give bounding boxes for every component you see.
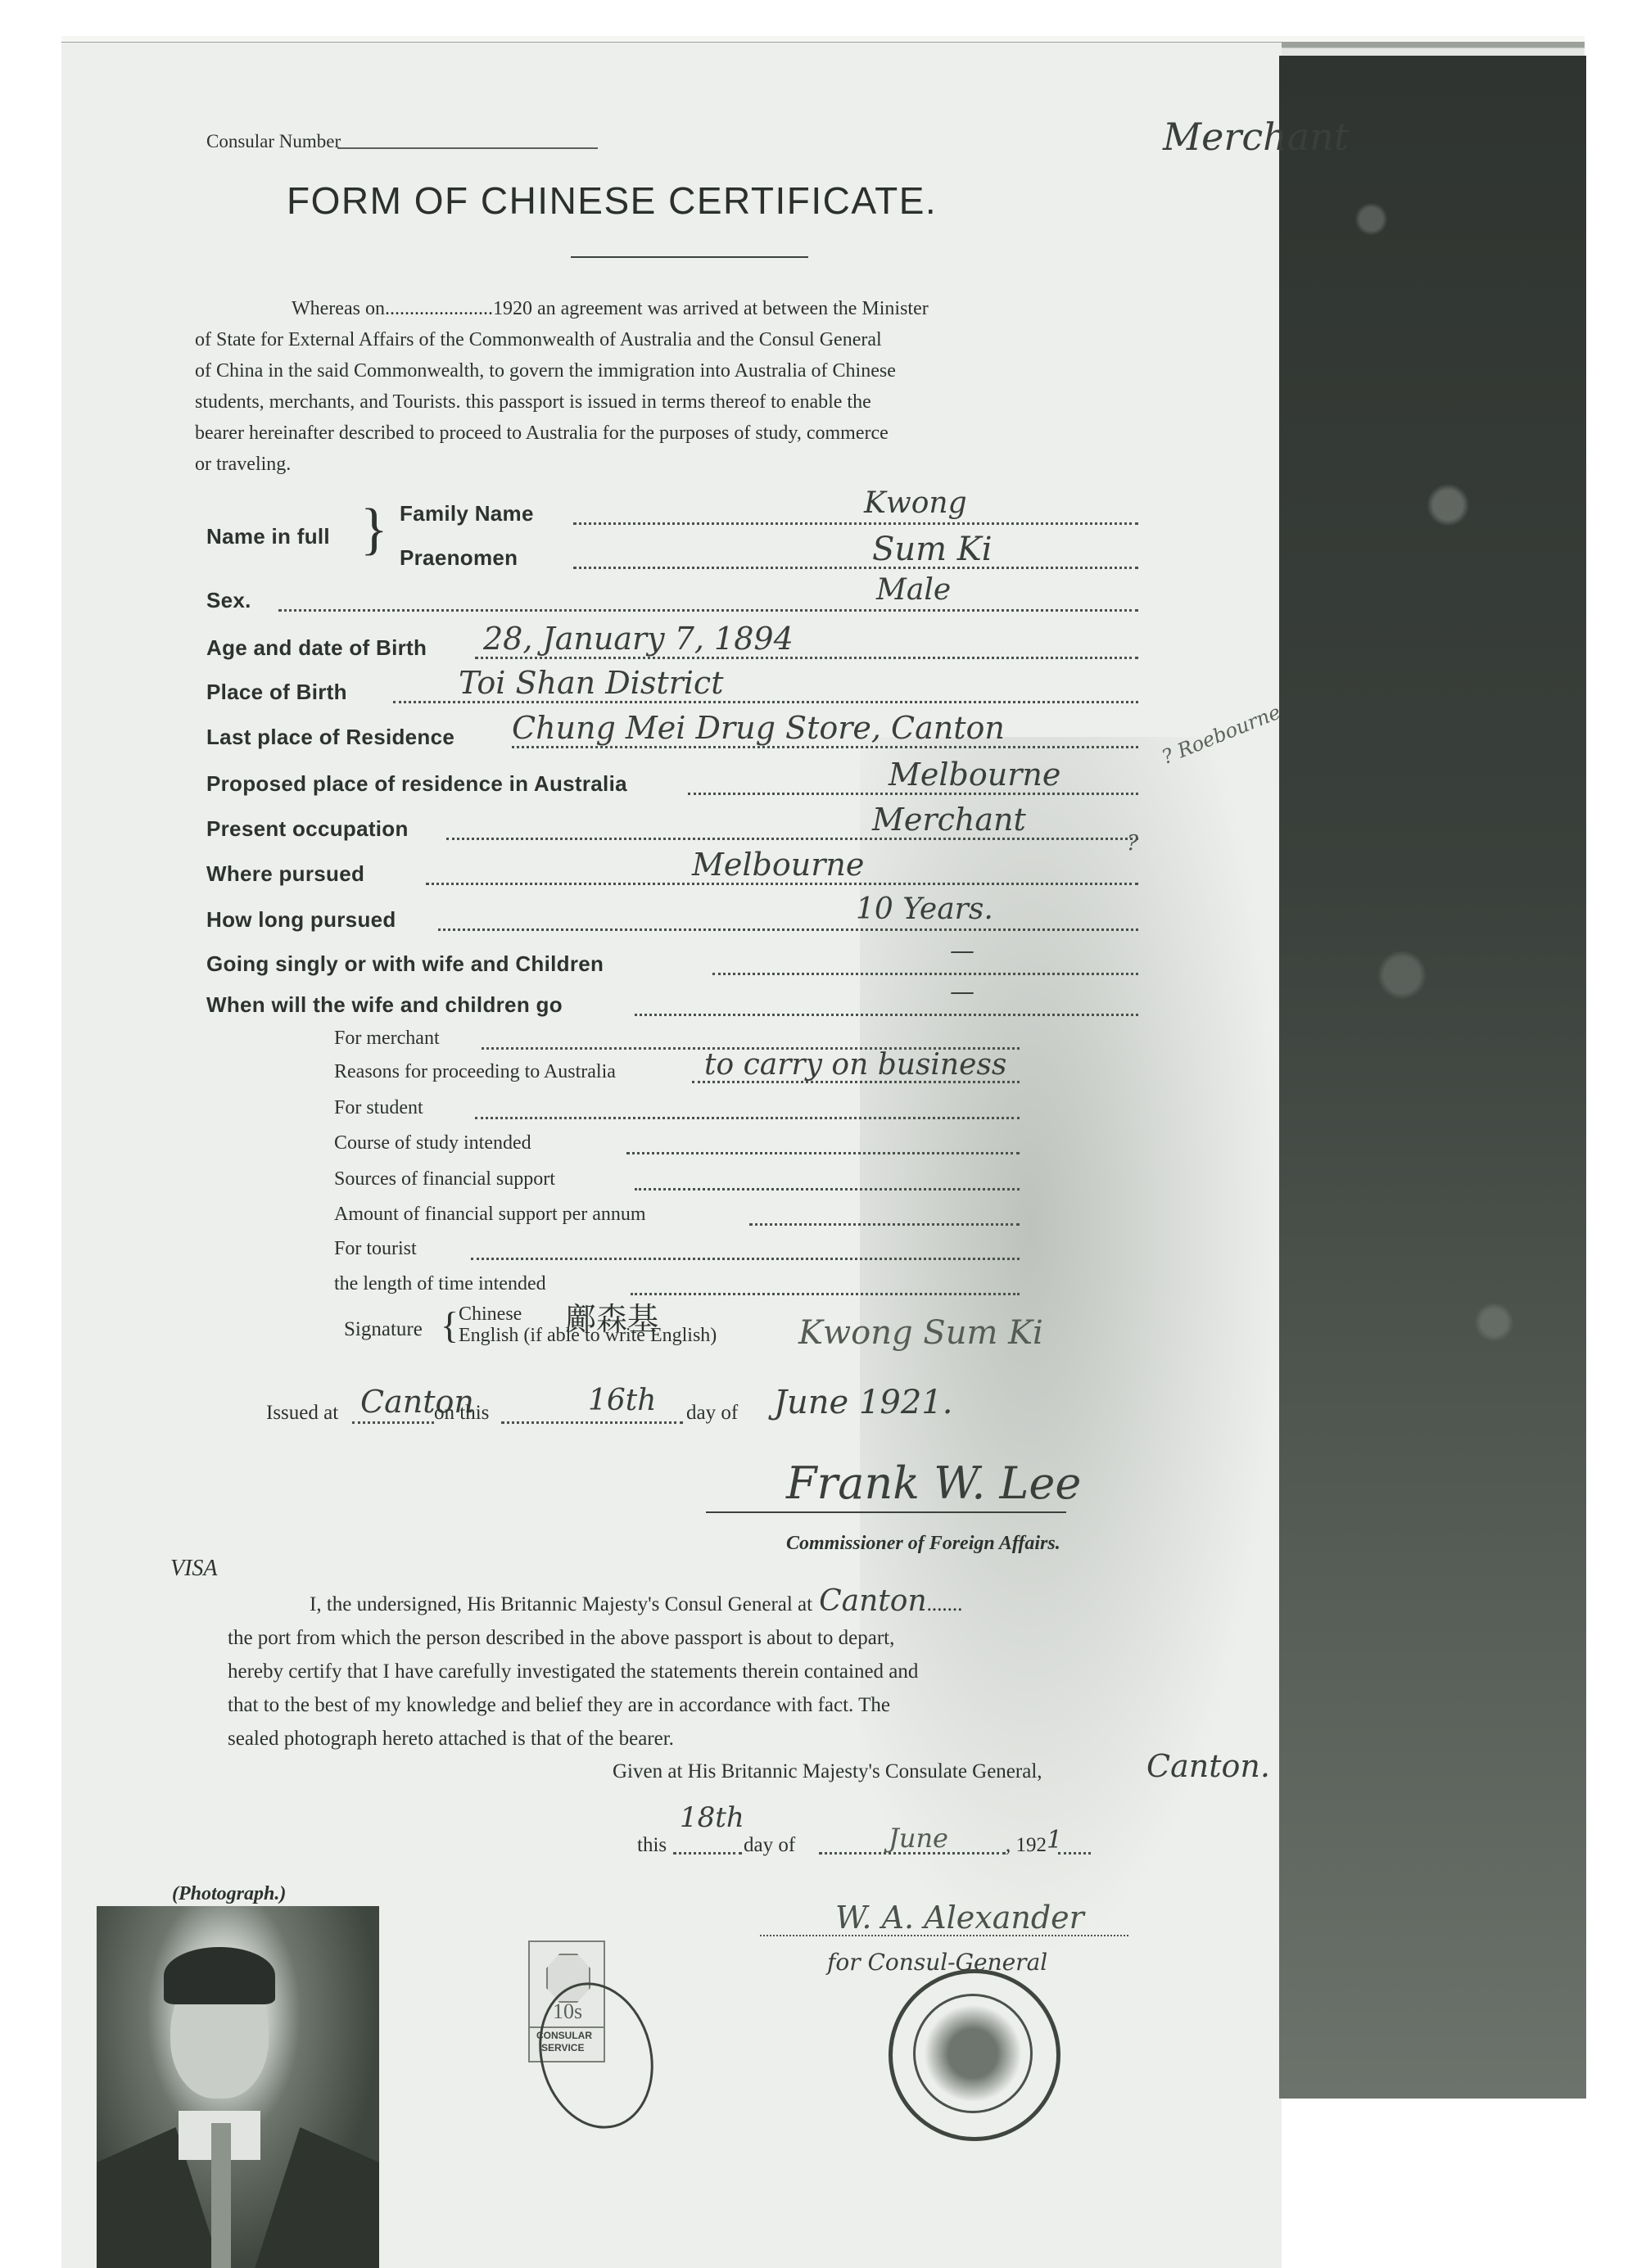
- name-brace: }: [360, 501, 388, 558]
- sub-field-dotted-line: [749, 1223, 1020, 1226]
- scan-dark-margin: [1279, 56, 1586, 2099]
- field-label: Praenomen: [400, 545, 518, 571]
- where-pursued-annotation: ?: [1127, 831, 1138, 856]
- consular-number-line: [337, 147, 598, 149]
- sub-field-dotted-line: [635, 1188, 1020, 1190]
- sub-field-value: to carry on business: [704, 1048, 1006, 1082]
- preamble-line: Whereas on......................1920 an …: [195, 293, 1145, 324]
- sub-field-label: Amount of financial support per annum: [334, 1204, 646, 1226]
- signature-label: Signature: [344, 1318, 423, 1341]
- visa-line: hereby certify that I have carefully inv…: [228, 1655, 1169, 1688]
- field-label: Family Name: [400, 501, 534, 526]
- field-value: Chung Mei Drug Store, Canton: [512, 710, 1005, 746]
- visa-year-suffix: 1: [1047, 1826, 1062, 1855]
- field-value: Merchant: [872, 802, 1026, 838]
- consulate-seal: [889, 1969, 1060, 2141]
- commissioner-signature-line: [706, 1511, 1066, 1513]
- sub-field-label: For merchant: [334, 1028, 440, 1050]
- issued-place-line: [352, 1421, 434, 1424]
- field-label: Proposed place of residence in Australia: [206, 771, 627, 797]
- visa-month: June: [889, 1823, 948, 1854]
- field-dotted-line: [278, 609, 1138, 612]
- name-in-full-label: Name in full: [206, 524, 330, 549]
- sub-field-label: Sources of financial support: [334, 1168, 555, 1190]
- field-value: Toi Shan District: [459, 665, 723, 701]
- sub-field-label: Course of study intended: [334, 1132, 531, 1154]
- visa-consul-place: Canton: [819, 1584, 927, 1618]
- photograph-label: (Photograph.): [172, 1883, 286, 1905]
- visa-line: that to the best of my knowledge and bel…: [228, 1688, 1169, 1722]
- field-value: Kwong: [864, 486, 967, 520]
- preamble-line: bearer hereinafter described to proceed …: [195, 418, 1145, 449]
- issued-day-of-label: day of: [686, 1402, 738, 1425]
- visa-day-of-label: day of: [744, 1834, 795, 1857]
- preamble-line: of State for External Affairs of the Com…: [195, 324, 1145, 355]
- sub-field-dotted-line: [475, 1117, 1020, 1119]
- visa-this-label: this: [637, 1834, 667, 1857]
- issued-on-this-label: on this: [434, 1402, 489, 1425]
- sub-field-label: For student: [334, 1097, 423, 1119]
- field-dotted-line: [438, 928, 1138, 931]
- preamble-line: of China in the said Commonwealth, to go…: [195, 355, 1145, 386]
- sub-field-label: For tourist: [334, 1238, 417, 1260]
- field-label: Going singly or with wife and Children: [206, 951, 604, 977]
- given-at-place: Canton.: [1146, 1748, 1270, 1784]
- photo-hair: [164, 1947, 275, 2004]
- field-dotted-line: [475, 657, 1138, 659]
- field-label: Sex.: [206, 588, 251, 613]
- field-dotted-line: [393, 701, 1138, 703]
- visa-line: sealed photograph hereto attached is tha…: [228, 1722, 1169, 1755]
- consul-signature: W. A. Alexander: [835, 1900, 1084, 1936]
- visa-year-prefix: , 192: [1006, 1834, 1047, 1857]
- field-dotted-line: [446, 838, 1138, 840]
- signature-brace: {: [441, 1303, 459, 1347]
- corner-annotation: Merchant: [1163, 115, 1349, 159]
- field-dotted-line: [712, 973, 1138, 975]
- field-label: Where pursued: [206, 861, 364, 887]
- field-label: Last place of Residence: [206, 725, 454, 750]
- field-value: 10 Years.: [856, 892, 993, 926]
- signature-chinese-label: Chinese: [459, 1303, 522, 1326]
- field-value: 28, January 7, 1894: [483, 621, 794, 657]
- signature-chinese-value: 鄺森基: [565, 1294, 658, 1339]
- page-title: FORM OF CHINESE CERTIFICATE.: [287, 178, 937, 223]
- commissioner-signature: Frank W. Lee: [786, 1457, 1081, 1509]
- field-value: Melbourne: [692, 847, 864, 883]
- field-value: —: [950, 978, 975, 1006]
- sub-field-label: Reasons for proceeding to Australia: [334, 1061, 616, 1083]
- visa-day: 18th: [680, 1801, 744, 1834]
- field-value: Melbourne: [889, 757, 1060, 793]
- commissioner-title: Commissioner of Foreign Affairs.: [786, 1533, 1060, 1555]
- field-value: Male: [876, 573, 951, 607]
- sub-field-dotted-line: [471, 1258, 1020, 1260]
- field-label: Age and date of Birth: [206, 635, 427, 661]
- issued-at-label: Issued at: [266, 1402, 338, 1425]
- preamble-line: or traveling.: [195, 449, 1145, 480]
- photo-tie: [211, 2123, 231, 2268]
- visa-day-line: [673, 1852, 742, 1855]
- visa-heading: VISA: [170, 1556, 218, 1582]
- issued-month-year: June 1921.: [774, 1384, 952, 1421]
- field-label: Present occupation: [206, 816, 409, 842]
- field-dotted-line: [573, 567, 1138, 569]
- field-dotted-line: [426, 883, 1138, 885]
- signature-english-value: Kwong Sum Ki: [798, 1314, 1043, 1352]
- preamble: Whereas on......................1920 an …: [195, 293, 1145, 480]
- given-at-label: Given at His Britannic Majesty's Consula…: [613, 1760, 1042, 1783]
- visa-text: I, the undersigned, His Britannic Majest…: [228, 1584, 1169, 1755]
- sub-field-dotted-line: [626, 1152, 1020, 1154]
- field-dotted-line: [688, 793, 1138, 795]
- field-dotted-line: [635, 1014, 1138, 1016]
- bearer-photograph: [97, 1906, 379, 2268]
- field-label: Place of Birth: [206, 680, 347, 705]
- issued-day: 16th: [588, 1384, 656, 1417]
- field-value: Sum Ki: [872, 531, 992, 568]
- consular-number-label: Consular Number: [206, 131, 341, 152]
- title-rule: [571, 256, 808, 258]
- visa-year-line: [1058, 1852, 1091, 1855]
- field-dotted-line: [512, 746, 1138, 748]
- visa-line: the port from which the person described…: [228, 1621, 1169, 1655]
- field-label: How long pursued: [206, 907, 396, 933]
- sub-field-label: the length of time intended: [334, 1273, 546, 1295]
- preamble-line: students, merchants, and Tourists. this …: [195, 386, 1145, 418]
- issued-day-line: [501, 1421, 683, 1424]
- for-consul-general: for Consul-General: [827, 1949, 1047, 1976]
- seal-crest: [913, 1994, 1033, 2113]
- field-label: When will the wife and children go: [206, 992, 563, 1018]
- field-value: —: [950, 937, 975, 965]
- field-dotted-line: [573, 522, 1138, 525]
- visa-line: I, the undersigned, His Britannic Majest…: [228, 1584, 1169, 1621]
- sub-field-dotted-line: [631, 1293, 1020, 1295]
